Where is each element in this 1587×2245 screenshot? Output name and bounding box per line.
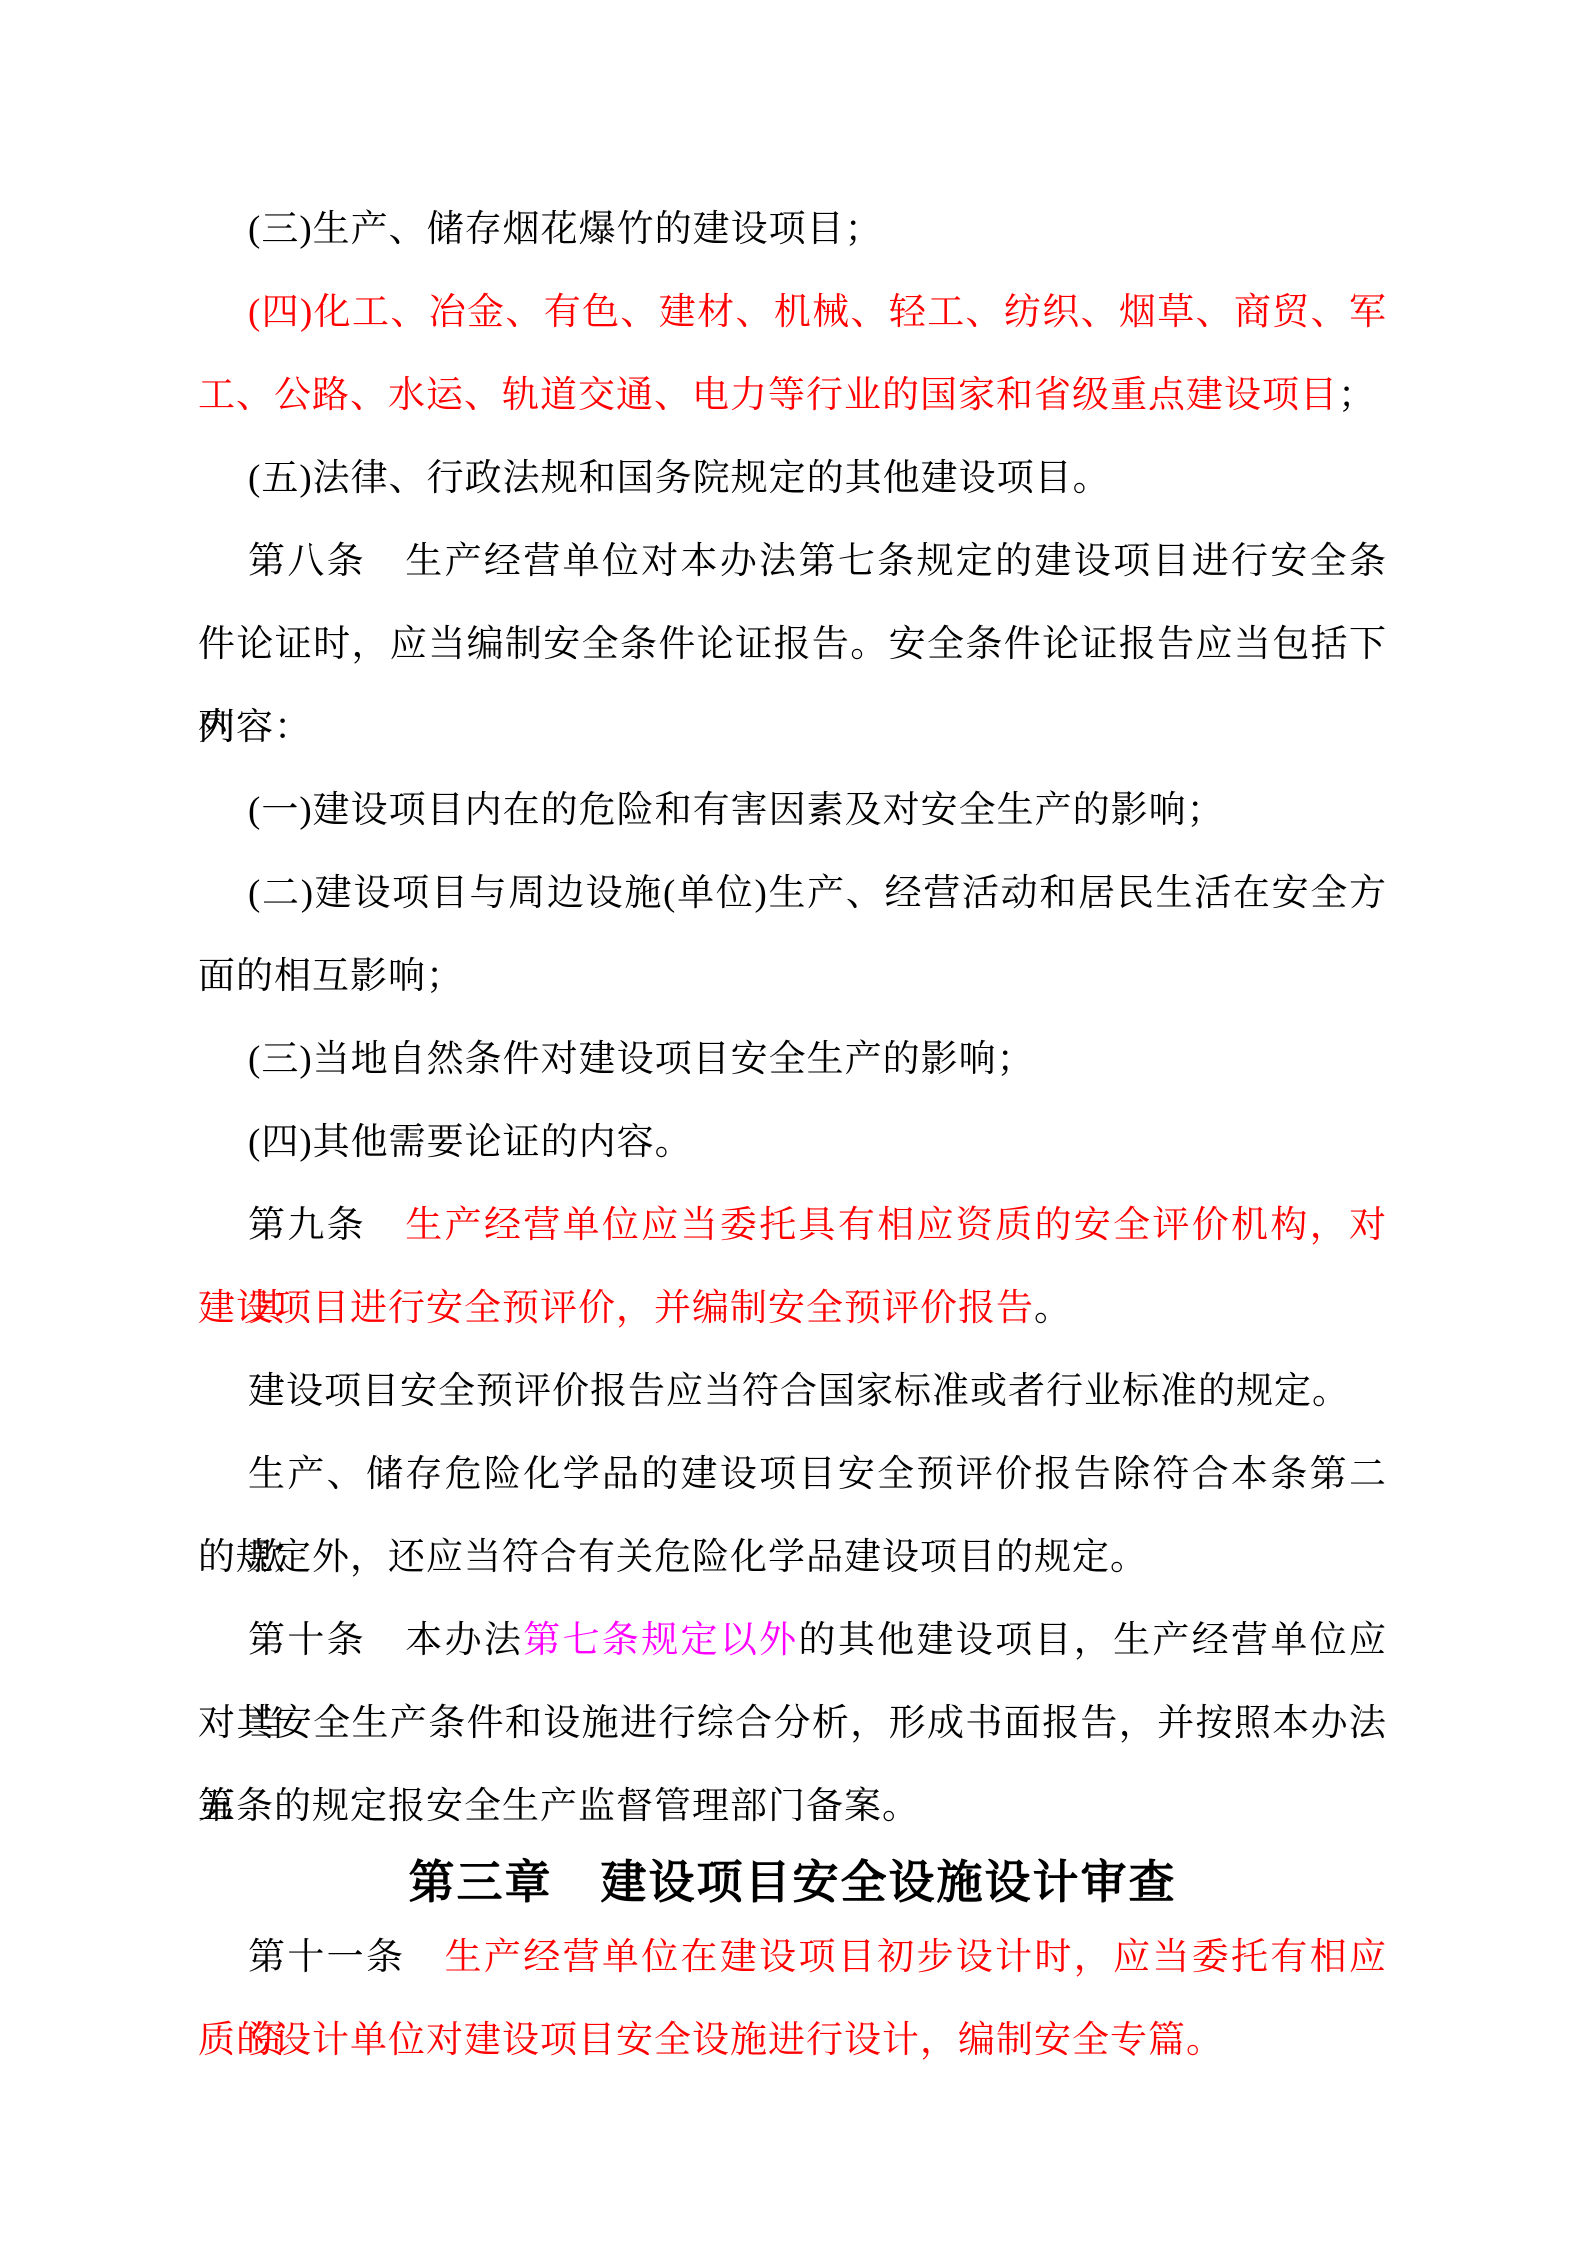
text-segment-black: 建设项目安全预评价报告应当符合国家标准或者行业标准的规定。: [248, 1371, 1350, 1412]
text-segment-red: 建设项目进行安全预评价，并编制安全预评价报告: [198, 1288, 1034, 1329]
document-page: (三)生产、储存烟花爆竹的建设项目；(四)化工、冶金、有色、建材、机械、轻工、纺…: [0, 0, 1587, 2245]
text-segment-black: 。: [1034, 1288, 1072, 1329]
text-segment-black: (三)生产、储存烟花爆竹的建设项目；: [248, 209, 883, 250]
text-line: 内容：: [198, 686, 1387, 769]
text-line: 第十条 本办法第七条规定以外的其他建设项目，生产经营单位应当: [198, 1599, 1387, 1682]
text-line: 建设项目进行安全预评价，并编制安全预评价报告。: [198, 1267, 1387, 1350]
text-segment-red: 工、公路、水运、轨道交通、电力等行业的国家和省级重点建设项目: [198, 375, 1338, 416]
document-text-block: (三)生产、储存烟花爆竹的建设项目；(四)化工、冶金、有色、建材、机械、轻工、纺…: [198, 188, 1387, 2082]
text-line: (五)法律、行政法规和国务院规定的其他建设项目。: [198, 437, 1387, 520]
text-line: (三)生产、储存烟花爆竹的建设项目；: [198, 188, 1387, 271]
text-segment-magenta: 第七条规定以外: [523, 1620, 798, 1661]
text-segment-black: ；: [1338, 375, 1376, 416]
text-line: (四)化工、冶金、有色、建材、机械、轻工、纺织、烟草、商贸、军: [198, 271, 1387, 354]
text-line: 对其安全生产条件和设施进行综合分析，形成书面报告，并按照本办法第: [198, 1682, 1387, 1765]
text-line: 第九条 生产经营单位应当委托具有相应资质的安全评价机构，对其: [198, 1184, 1387, 1267]
text-segment-black: 第八条 生产经营单位对本办法第七条规定的建设项目进行安全条: [248, 541, 1387, 582]
text-line: 第十一条 生产经营单位在建设项目初步设计时，应当委托有相应资: [198, 1916, 1387, 1999]
text-segment-black: 第十条 本办法: [248, 1620, 523, 1661]
text-segment-black: (二)建设项目与周边设施(单位)生产、经营活动和居民生活在安全方: [248, 873, 1387, 914]
text-segment-red: (四)化工、冶金、有色、建材、机械、轻工、纺织、烟草、商贸、军: [248, 292, 1387, 333]
text-line: 工、公路、水运、轨道交通、电力等行业的国家和省级重点建设项目；: [198, 354, 1387, 437]
text-line: (三)当地自然条件对建设项目安全生产的影响；: [198, 1018, 1387, 1101]
text-segment-black: (四)其他需要论证的内容。: [248, 1122, 693, 1163]
text-line: 质的设计单位对建设项目安全设施进行设计，编制安全专篇。: [198, 1999, 1387, 2082]
text-line: 生产、储存危险化学品的建设项目安全预评价报告除符合本条第二款: [198, 1433, 1387, 1516]
text-line: 件论证时，应当编制安全条件论证报告。安全条件论证报告应当包括下列: [198, 603, 1387, 686]
text-line: 的规定外，还应当符合有关危险化学品建设项目的规定。: [198, 1516, 1387, 1599]
text-line: 面的相互影响；: [198, 935, 1387, 1018]
chapter-heading: 第三章 建设项目安全设施设计审查: [198, 1848, 1387, 1916]
text-segment-black: 面的相互影响；: [198, 956, 464, 997]
text-line: (二)建设项目与周边设施(单位)生产、经营活动和居民生活在安全方: [198, 852, 1387, 935]
text-segment-black: 第三章 建设项目安全设施设计审查: [409, 1856, 1177, 1908]
text-line: 五条的规定报安全生产监督管理部门备案。: [198, 1765, 1387, 1848]
text-line: 第八条 生产经营单位对本办法第七条规定的建设项目进行安全条: [198, 520, 1387, 603]
text-segment-black: (三)当地自然条件对建设项目安全生产的影响；: [248, 1039, 1035, 1080]
text-segment-black: 第十一条: [248, 1937, 445, 1978]
text-segment-black: (一)建设项目内在的危险和有害因素及对安全生产的影响；: [248, 790, 1225, 831]
text-segment-black: 五条的规定报安全生产监督管理部门备案。: [198, 1786, 920, 1827]
text-line: (四)其他需要论证的内容。: [198, 1101, 1387, 1184]
text-segment-black: 第九条: [248, 1205, 405, 1246]
text-segment-black: (五)法律、行政法规和国务院规定的其他建设项目。: [248, 458, 1111, 499]
text-segment-black: 的规定外，还应当符合有关危险化学品建设项目的规定。: [198, 1537, 1148, 1578]
text-segment-black: 内容：: [198, 707, 312, 748]
text-line: (一)建设项目内在的危险和有害因素及对安全生产的影响；: [198, 769, 1387, 852]
text-segment-red: 质的设计单位对建设项目安全设施进行设计，编制安全专篇。: [198, 2020, 1224, 2061]
text-line: 建设项目安全预评价报告应当符合国家标准或者行业标准的规定。: [198, 1350, 1387, 1433]
